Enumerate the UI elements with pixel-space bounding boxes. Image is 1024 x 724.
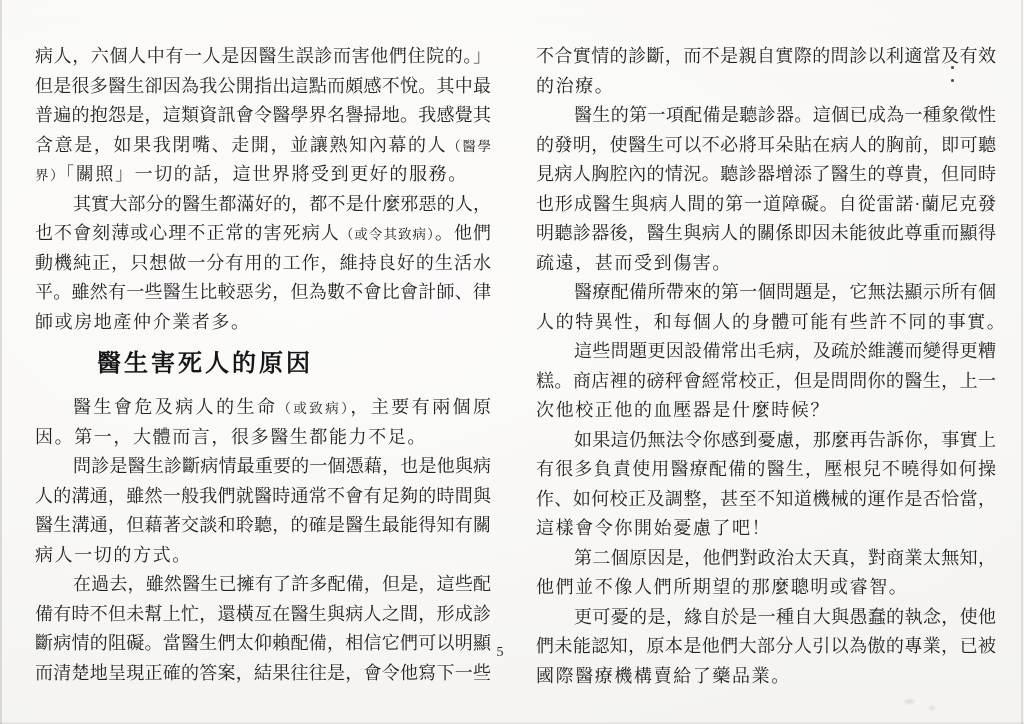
text-run: 也形成醫生與病人間的第一道障礙。自從雷諾·蘭尼克發 bbox=[536, 194, 996, 214]
text-run: 醫生溝通，但藉著交談和聆聽，的確是醫生最能得知有關 bbox=[35, 515, 491, 535]
text-run: 的治療。 bbox=[536, 76, 614, 96]
text-run: 師或房地產仲介業者多。 bbox=[35, 312, 251, 332]
text-line: 動機純正，只想做一分有用的工作，維持良好的生活水 bbox=[35, 249, 491, 279]
text-line: 糕。商店裡的磅秤會經常校正，但是問問你的醫生，上一 bbox=[536, 367, 996, 397]
text-run: 國際醫療機構賣給了藥品業。 bbox=[536, 666, 791, 686]
text-run: 這些問題更因設備常出毛病，及疏於維護而變得更糟 bbox=[574, 341, 996, 361]
text-line: 疏遠，甚而受到傷害。 bbox=[536, 249, 996, 279]
text-run: 。他們 bbox=[435, 223, 491, 243]
text-line: 也不會刻薄或心理不正常的害死病人（或令其致病）。他們 bbox=[35, 219, 491, 249]
text-line: 人的特異性，和每個人的身體可能有些許不同的事實。 bbox=[536, 308, 996, 338]
text-line: 這樣會令你開始憂慮了吧！ bbox=[536, 514, 996, 544]
text-run: 病人，六個人中有一人是因醫生誤診而害他們住院的。」 bbox=[35, 46, 491, 66]
text-run: 明聽診器後，醫生與病人的關係即因未能彼此尊重而顯得 bbox=[536, 223, 996, 243]
text-run: ，主要有兩個原 bbox=[350, 397, 491, 417]
text-line: 明聽診器後，醫生與病人的關係即因未能彼此尊重而顯得 bbox=[536, 219, 996, 249]
text-line: 不合實情的診斷，而不是親自實際的問診以利適當及有效 bbox=[536, 42, 996, 72]
text-line: 人的溝通，雖然一般我們就醫時通常不會有足夠的時間與 bbox=[35, 482, 491, 512]
text-run: 人的溝通，雖然一般我們就醫時通常不會有足夠的時間與 bbox=[35, 486, 491, 506]
annotation-text-run: （或致病） bbox=[277, 401, 350, 416]
text-line: 但是很多醫生卻因為我公開指出這點而頗感不悅。其中最 bbox=[35, 72, 491, 102]
text-run: 普遍的抱怨是，這類資訊會令醫學界名譽掃地。我感覺其 bbox=[35, 105, 491, 125]
annotation-text-run: （醫學 bbox=[447, 139, 491, 154]
text-run: 但是很多醫生卻因為我公開指出這點而頗感不悅。其中最 bbox=[35, 76, 491, 96]
text-line: 師或房地產仲介業者多。 bbox=[35, 308, 491, 338]
text-run: 病人一切的方式。 bbox=[35, 545, 192, 565]
text-run: 他們並不像人們所期望的那麼聰明或睿智。 bbox=[536, 577, 908, 597]
text-run: 醫生的第一項配備是聽診器。這個已成為一種象徵性 bbox=[574, 105, 996, 125]
text-line: 如果這仍無法令你感到憂慮，那麼再告訴你，事實上 bbox=[536, 426, 996, 456]
text-line: 平。雖然有一些醫生比較惡劣，但為數不會比會計師、律 bbox=[35, 278, 491, 308]
annotation-text-run: 界） bbox=[35, 168, 65, 183]
text-run: 們未能認知，原本是他們大部分人引以為傲的專業，已被 bbox=[536, 636, 996, 656]
text-line: 這些問題更因設備常出毛病，及疏於維護而變得更糟 bbox=[536, 337, 996, 367]
text-run: 次他校正他的血壓器是什麼時候？ bbox=[536, 400, 830, 420]
text-line: 病人一切的方式。 bbox=[35, 541, 491, 571]
text-run: 不合實情的診斷，而不是親自實際的問診以利適當及有效 bbox=[536, 46, 996, 66]
text-line: 的發明，使醫生可以不必將耳朵貼在病人的胸前，即可聽 bbox=[536, 131, 996, 161]
text-run: 見病人胸腔內的情況。聽診器增添了醫生的尊貴，但同時 bbox=[536, 164, 996, 184]
text-line: 見病人胸腔內的情況。聽診器增添了醫生的尊貴，但同時 bbox=[536, 160, 996, 190]
text-run: 醫生會危及病人的生命 bbox=[73, 397, 277, 417]
left-page-text-column: 病人，六個人中有一人是因醫生誤診而害他們住院的。」但是很多醫生卻因為我公開指出這… bbox=[35, 42, 491, 688]
text-line: 更可憂的是，緣自於是一種自大與愚蠢的執念，使他 bbox=[536, 603, 996, 633]
text-line: 醫生的第一項配備是聽診器。這個已成為一種象徵性 bbox=[536, 101, 996, 131]
text-line: 其實大部分的醫生都滿好的，都不是什麼邪惡的人， bbox=[35, 190, 491, 220]
text-line: 第二個原因是，他們對政治太天真，對商業太無知， bbox=[536, 544, 996, 574]
scan-smudge bbox=[929, 706, 935, 710]
text-run: 這樣會令你開始憂慮了吧！ bbox=[536, 518, 771, 538]
text-line: 國際醫療機構賣給了藥品業。 bbox=[536, 662, 996, 692]
text-line: 醫療配備所帶來的第一個問題是，它無法顯示所有個 bbox=[536, 278, 996, 308]
text-line: 醫生會危及病人的生命（或致病），主要有兩個原 bbox=[35, 393, 491, 423]
text-line: 醫生溝通，但藉著交談和聆聽，的確是醫生最能得知有關 bbox=[35, 511, 491, 541]
text-line: 含意是，如果我閉嘴、走開，並讓熟知內幕的人（醫學 bbox=[35, 131, 491, 161]
text-line: 也形成醫生與病人間的第一道障礙。自從雷諾·蘭尼克發 bbox=[536, 190, 996, 220]
text-run: 作、如何校正及調整，甚至不知道機械的運作是否恰當， bbox=[536, 489, 996, 509]
right-page-text-column: 不合實情的診斷，而不是親自實際的問診以利適當及有效的治療。醫生的第一項配備是聽診… bbox=[536, 42, 996, 691]
page-number: 5 bbox=[492, 645, 508, 661]
text-line: 作、如何校正及調整，甚至不知道機械的運作是否恰當， bbox=[536, 485, 996, 515]
text-run: 平。雖然有一些醫生比較惡劣，但為數不會比會計師、律 bbox=[35, 282, 491, 302]
text-line: 問診是醫生診斷病情最重要的一個憑藉，也是他與病 bbox=[35, 452, 491, 482]
text-run: 斷病情的阻礙。當醫生們太仰賴配備，相信它們可以明顯 bbox=[35, 633, 491, 653]
text-run: 有很多負責使用醫療配備的醫生，壓根兒不曉得如何操 bbox=[536, 459, 996, 479]
text-run: 更可憂的是，緣自於是一種自大與愚蠢的執念，使他 bbox=[574, 607, 996, 627]
text-run: 動機純正，只想做一分有用的工作，維持良好的生活水 bbox=[35, 253, 491, 273]
text-run: 的發明，使醫生可以不必將耳朵貼在病人的胸前，即可聽 bbox=[536, 135, 996, 155]
text-line: 病人，六個人中有一人是因醫生誤診而害他們住院的。」 bbox=[35, 42, 491, 72]
text-line: 普遍的抱怨是，這類資訊會令醫學界名譽掃地。我感覺其 bbox=[35, 101, 491, 131]
text-run: 備有時不但未幫上忙，還橫亙在醫生與病人之間，形成診 bbox=[35, 604, 491, 624]
book-spread-scan: 病人，六個人中有一人是因醫生誤診而害他們住院的。」但是很多醫生卻因為我公開指出這… bbox=[0, 0, 1024, 724]
text-run: 因。第一，大體而言，很多醫生都能力不足。 bbox=[35, 427, 427, 447]
text-line: 斷病情的阻礙。當醫生們太仰賴配備，相信它們可以明顯 bbox=[35, 629, 491, 659]
text-run: 問診是醫生診斷病情最重要的一個憑藉，也是他與病 bbox=[73, 456, 491, 476]
text-line: 而清楚地呈現正確的答案，結果往往是，會令他寫下一些 bbox=[35, 659, 491, 689]
text-run: 含意是，如果我閉嘴、走開，並讓熟知內幕的人 bbox=[35, 135, 447, 155]
text-line: 次他校正他的血壓器是什麼時候？ bbox=[536, 396, 996, 426]
text-line: 們未能認知，原本是他們大部分人引以為傲的專業，已被 bbox=[536, 632, 996, 662]
section-heading: 醫生害死人的原因 bbox=[35, 348, 491, 380]
text-run: 糕。商店裡的磅秤會經常校正，但是問問你的醫生，上一 bbox=[536, 371, 996, 391]
text-run: 而清楚地呈現正確的答案，結果往往是，會令他寫下一些 bbox=[35, 663, 491, 683]
text-run: 「關照」一切的話，這世界將受到更好的服務。 bbox=[65, 164, 468, 184]
text-run: 疏遠，甚而受到傷害。 bbox=[536, 253, 732, 273]
text-line: 他們並不像人們所期望的那麼聰明或睿智。 bbox=[536, 573, 996, 603]
text-line: 的治療。 bbox=[536, 72, 996, 102]
text-run: 第二個原因是，他們對政治太天真，對商業太無知， bbox=[574, 548, 996, 568]
text-run: 其實大部分的醫生都滿好的，都不是什麼邪惡的人， bbox=[73, 194, 491, 214]
text-run: 在過去，雖然醫生已擁有了許多配備，但是，這些配 bbox=[73, 574, 491, 594]
scan-edge-left bbox=[0, 0, 2, 724]
scan-smudge bbox=[905, 699, 914, 704]
text-run: 醫療配備所帶來的第一個問題是，它無法顯示所有個 bbox=[574, 282, 996, 302]
scan-edge-right bbox=[1021, 0, 1023, 724]
annotation-text-run: （或令其致病） bbox=[340, 227, 435, 242]
text-run: 人的特異性，和每個人的身體可能有些許不同的事實。 bbox=[536, 312, 996, 332]
text-line: 在過去，雖然醫生已擁有了許多配備，但是，這些配 bbox=[35, 570, 491, 600]
text-line: 備有時不但未幫上忙，還橫亙在醫生與病人之間，形成診 bbox=[35, 600, 491, 630]
text-line: 有很多負責使用醫療配備的醫生，壓根兒不曉得如何操 bbox=[536, 455, 996, 485]
text-run: 也不會刻薄或心理不正常的害死病人 bbox=[35, 223, 340, 243]
text-line: 因。第一，大體而言，很多醫生都能力不足。 bbox=[35, 423, 491, 453]
text-line: 界）「關照」一切的話，這世界將受到更好的服務。 bbox=[35, 160, 491, 190]
text-run: 如果這仍無法令你感到憂慮，那麼再告訴你，事實上 bbox=[574, 430, 996, 450]
